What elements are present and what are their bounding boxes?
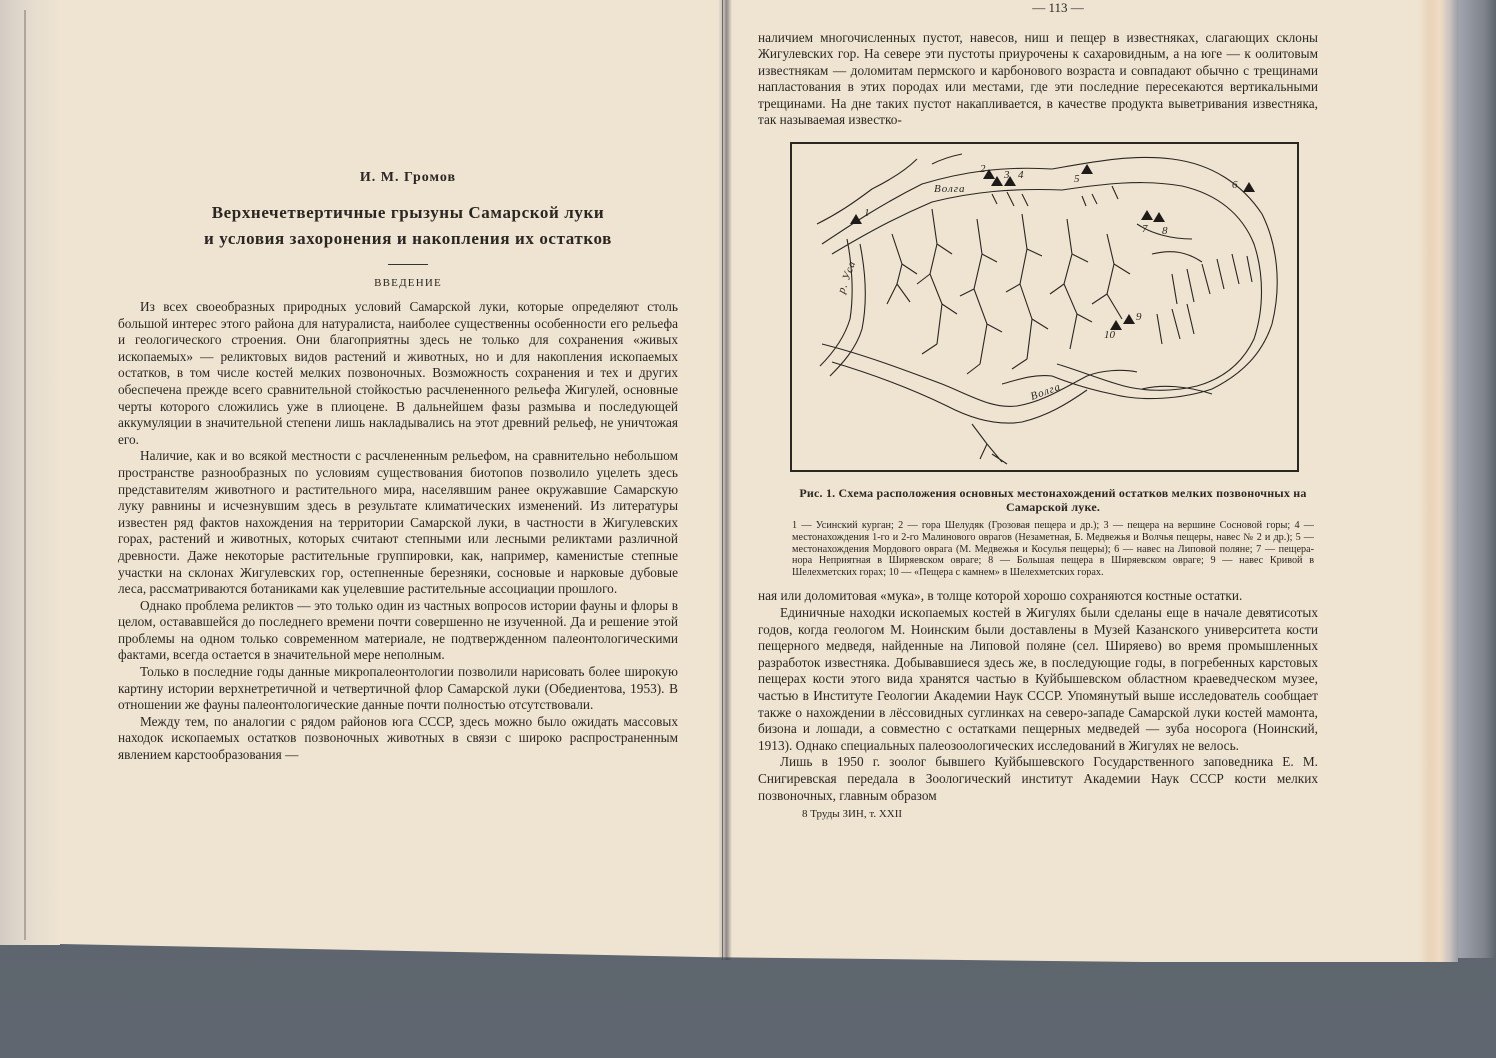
figure-caption-title: Рис. 1. Схема расположения основных мест… [788, 486, 1318, 514]
book-gutter-shadow [718, 0, 732, 960]
left-page-edge [24, 10, 26, 940]
paragraph: Лишь в 1950 г. зоолог бывшего Куйбышевск… [758, 754, 1318, 804]
article-title: Верхнечетвертичные грызуны Самарской лук… [118, 200, 678, 252]
paragraph-continued: наличием многочисленных пустот, навесов,… [758, 30, 1318, 128]
paragraph: Между тем, по аналогии с рядом районов ю… [118, 714, 678, 764]
map-marker-label: 6 [1232, 179, 1238, 191]
right-page: — 113 — наличием многочисленных пустот, … [758, 0, 1318, 831]
map-marker-label: 4 [1018, 169, 1024, 181]
book-cover-edge [1458, 0, 1496, 958]
map-marker-label: 3 [1003, 169, 1010, 181]
river-label-usa: р. Уса [835, 259, 858, 296]
paragraph: Единичные находки ископаемых костей в Жи… [758, 605, 1318, 754]
map-marker-label: 9 [1136, 311, 1142, 323]
paragraph: ная или доломитовая «мука», в толще кото… [758, 588, 1318, 605]
book-gutter-line [722, 0, 723, 960]
river-label-volga-south: Волга [1029, 381, 1063, 403]
title-divider [388, 264, 428, 265]
left-page-curl-shadow [0, 0, 60, 945]
paragraph: Наличие, как и во всякой местности с рас… [118, 448, 678, 597]
article-title-line-2: и условия захоронения и накопления их ос… [204, 229, 612, 248]
river-label-volga-north: Волга [934, 183, 966, 195]
page-number: — 113 — [758, 0, 1318, 16]
samara-bend-map: 1 2 3 4 5 6 7 8 9 10 Волга р. Уса Волга [792, 144, 1297, 470]
map-marker-label: 1 [864, 207, 870, 219]
article-title-line-1: Верхнечетвертичные грызуны Самарской лук… [212, 203, 605, 222]
page-footer-signature: 8 Труды ЗИН, т. XXII [758, 808, 1318, 820]
paragraph: Однако проблема реликтов — это только од… [118, 598, 678, 664]
map-marker-label: 2 [980, 163, 986, 175]
figure-caption-legend: 1 — Усинский курган; 2 — гора Шелудяк (Г… [788, 520, 1318, 578]
left-page: И. М. Громов Верхнечетвертичные грызуны … [118, 170, 678, 764]
map-marker-label: 10 [1104, 329, 1116, 341]
map-marker-label: 5 [1074, 173, 1080, 185]
map-marker-label: 7 [1142, 223, 1148, 235]
paragraph: Только в последние годы данные микропале… [118, 664, 678, 714]
author-name: И. М. Громов [118, 170, 678, 186]
section-heading: ВВЕДЕНИЕ [118, 277, 678, 289]
map-marker-label: 8 [1162, 225, 1168, 237]
page-stack-edge [1418, 0, 1458, 962]
paragraph: Из всех своеобразных природных условий С… [118, 299, 678, 448]
map-figure: 1 2 3 4 5 6 7 8 9 10 Волга р. Уса Волга [790, 142, 1299, 472]
